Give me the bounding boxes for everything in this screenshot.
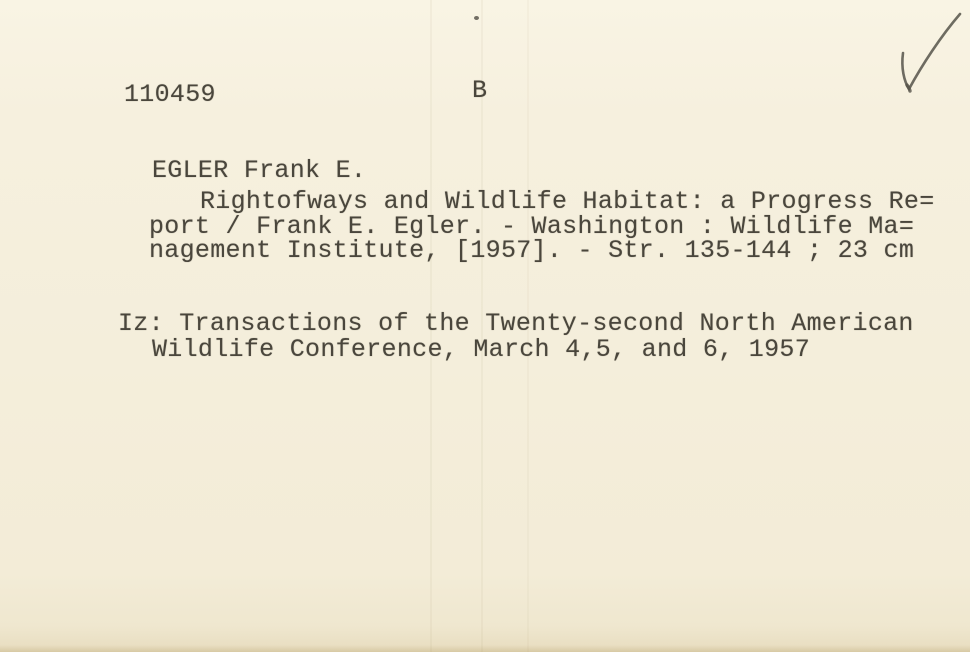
catalog-card: 110459 B EGLER Frank E. Rightofways and …	[0, 0, 970, 652]
source-note-line-2: Wildlife Conference, March 4,5, and 6, 1…	[152, 337, 810, 363]
accession-number: 110459	[124, 82, 216, 108]
ink-speck	[474, 16, 479, 20]
main-entry-heading: EGLER Frank E.	[152, 158, 366, 184]
section-letter: B	[472, 78, 487, 104]
pencil-checkmark-icon	[880, 5, 970, 110]
title-statement-line-3: nagement Institute, [1957]. - Str. 135-1…	[149, 238, 914, 264]
source-note-line-1: Iz: Transactions of the Twenty-second No…	[118, 311, 914, 337]
scan-bottom-edge	[0, 645, 970, 652]
